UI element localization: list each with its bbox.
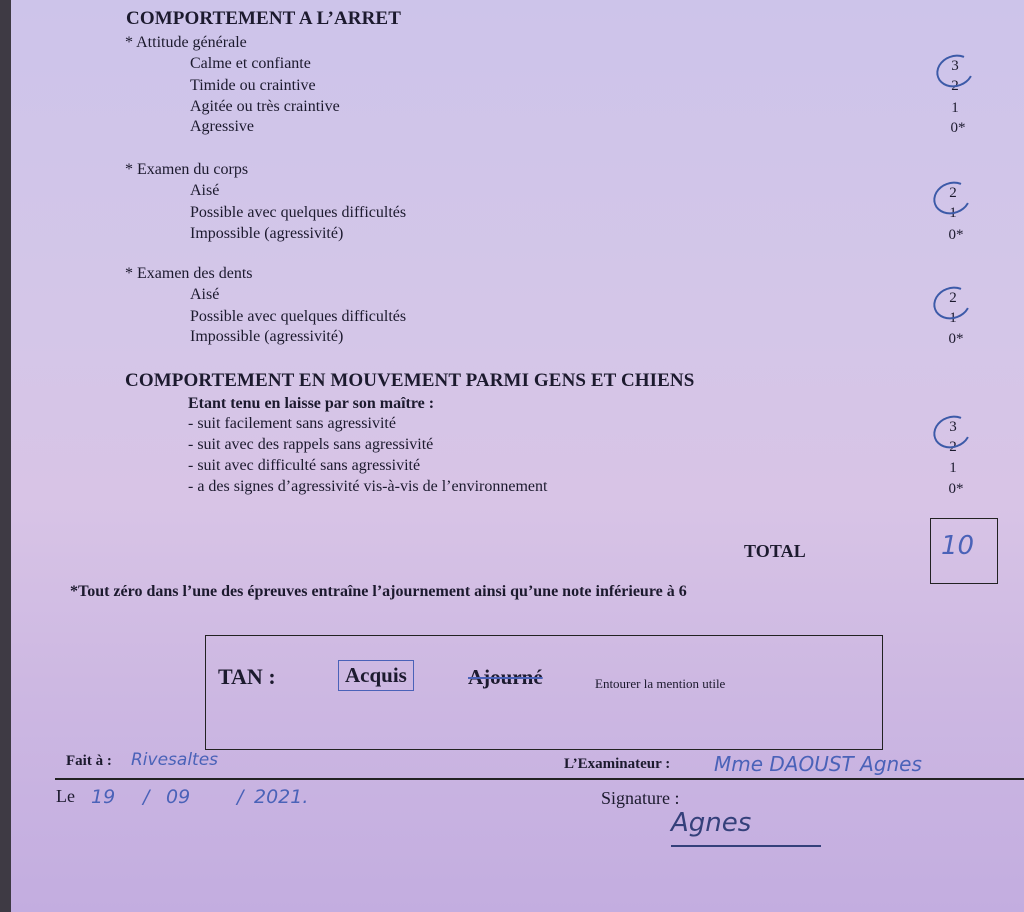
date-year: 2021. (254, 786, 308, 808)
tan-instruction: Entourer la mention utile (595, 676, 725, 692)
selected-score-circle (929, 281, 976, 324)
score-value: 0* (943, 120, 973, 137)
examinateur-value: Mme DAOUST Agnes (714, 752, 922, 776)
option-ajourne-struck: Ajourné (468, 665, 543, 690)
option-label: Aisé (190, 286, 219, 304)
signature-label: Signature : (601, 788, 680, 809)
footnote: *Tout zéro dans l’une des épreuves entra… (70, 583, 687, 601)
criterion-examen-dents: * Examen des dents (125, 265, 253, 283)
option-acquis-selected: Acquis (338, 660, 414, 691)
option-label: Impossible (agressivité) (190, 328, 343, 346)
total-label: TOTAL (744, 541, 806, 562)
option-label: - suit avec difficulté sans agressivité (188, 457, 420, 475)
option-label: Possible avec quelques difficultés (190, 308, 406, 326)
section-subtitle: Etant tenu en laisse par son maître : (188, 395, 434, 413)
selected-score-circle (932, 49, 979, 92)
option-label: Agitée ou très craintive (190, 98, 340, 116)
option-label: Calme et confiante (190, 55, 311, 73)
score-value: 0* (941, 481, 971, 498)
score-sheet-paper: COMPORTEMENT A L’ARRET * Attitude généra… (11, 0, 1024, 912)
criterion-attitude: * Attitude générale (125, 34, 247, 52)
option-label: Possible avec quelques difficultés (190, 204, 406, 222)
option-label: Timide ou craintive (190, 77, 316, 95)
tan-label: TAN : (218, 664, 276, 690)
option-label: - a des signes d’agressivité vis-à-vis d… (188, 478, 547, 496)
option-label: Impossible (agressivité) (190, 225, 343, 243)
signature-underline (671, 845, 821, 847)
score-value: 0* (941, 331, 971, 348)
total-box: 10 (930, 518, 998, 584)
tan-result-box: TAN : Acquis Ajourné Entourer la mention… (205, 635, 883, 750)
fait-a-label: Fait à : (66, 753, 112, 770)
selected-score-circle (929, 176, 976, 219)
score-value: 1 (940, 100, 970, 117)
fait-a-value: Rivesaltes (131, 750, 218, 770)
option-label: - suit avec des rappels sans agressivité (188, 436, 433, 454)
date-label: Le (56, 786, 75, 807)
score-value: 1 (938, 460, 968, 477)
option-label: - suit facilement sans agressivité (188, 415, 396, 433)
section-title-mouvement: COMPORTEMENT EN MOUVEMENT PARMI GENS ET … (125, 370, 694, 392)
total-value: 10 (941, 531, 974, 561)
date-day: 19 (91, 786, 115, 808)
option-label: Agressive (190, 118, 254, 136)
examinateur-label: L’Examinateur : (564, 756, 670, 773)
score-value: 0* (941, 227, 971, 244)
section-title-arret: COMPORTEMENT A L’ARRET (126, 8, 401, 30)
signature: Agnes (671, 808, 751, 838)
footer-divider (55, 778, 1024, 780)
selected-score-circle (929, 410, 976, 453)
criterion-examen-corps: * Examen du corps (125, 161, 248, 179)
option-label: Aisé (190, 182, 219, 200)
date-month: 09 (166, 786, 190, 808)
